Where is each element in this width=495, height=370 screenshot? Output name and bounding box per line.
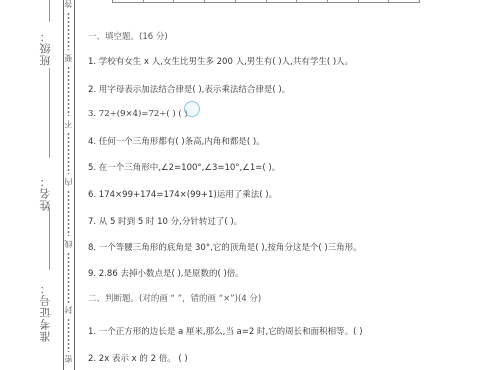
- seal-dots: [67, 190, 70, 236]
- name-label: 姓名：: [38, 175, 54, 211]
- score-table: [112, 0, 420, 3]
- score-cell: [205, 0, 236, 2]
- score-cell: [359, 0, 390, 2]
- class-line: [49, 0, 50, 22]
- section-title-fill-in: 一、填空题。(16 分): [88, 30, 168, 42]
- seal-dots: [67, 252, 70, 304]
- seal-char: 封: [64, 306, 74, 314]
- seal-line-strip: 答 要 不 内 线 封 密: [63, 0, 75, 370]
- seal-dots: [67, 66, 70, 116]
- seal-char: 不: [64, 120, 74, 128]
- question-3: 3. 72÷(9×4)=72÷( ) ( ): [88, 109, 188, 119]
- question-5: 5. 在一个三角形中,∠2=100°,∠3=10°,∠1=( )。: [88, 161, 280, 173]
- score-cell: [389, 0, 419, 2]
- score-cell: [144, 0, 175, 2]
- question-7: 7. 从 5 时到 5 时 10 分,分针转过了( )。: [88, 215, 242, 227]
- section-title-true-false: 二、判断题。(对的画 “ ”，错的画 “×”)(4 分): [88, 292, 261, 304]
- seal-char: 答: [64, 0, 74, 8]
- seal-char: 线: [64, 240, 74, 248]
- exam-id-label: 准考证号：: [38, 282, 54, 342]
- class-label: 班级：: [38, 30, 54, 66]
- score-cell: [174, 0, 205, 2]
- seal-dots: [67, 132, 70, 174]
- tf-question-1: 1. 一个正方形的边长是 a 厘米,那么,当 a=2 时,它的周长和面积相等。(…: [88, 325, 363, 337]
- score-cell: [236, 0, 267, 2]
- score-cell: [297, 0, 328, 2]
- score-cell: [113, 0, 144, 2]
- class-fill-line: [49, 68, 50, 158]
- question-4: 4. 任何一个三角形都有( )条高,内角和都是( )。: [88, 135, 265, 147]
- question-2: 2. 用字母表示加法结合律是( ),表示乘法结合律是( )。: [88, 83, 290, 95]
- seal-char: 要: [64, 54, 74, 62]
- seal-dots: [67, 12, 70, 50]
- question-9: 9. 2.86 去掉小数点是( ),是原数的( )倍。: [88, 267, 244, 279]
- seal-char: 密: [64, 355, 74, 363]
- seal-char: 内: [64, 178, 74, 186]
- tf-question-2: 2. 2x 表示 x 的 2 倍。 ( ): [88, 352, 188, 364]
- question-8: 8. 一个等腰三角形的底角是 30°,它的顶角是( ),按角分这是个( )三角形…: [88, 241, 362, 253]
- binding-margin: 班级： 姓名： 准考证号： 答 要 不 内 线 封 密: [0, 0, 70, 370]
- score-cell: [267, 0, 298, 2]
- seal-dots: [67, 318, 70, 352]
- name-fill-line: [49, 208, 50, 270]
- score-cell: [328, 0, 359, 2]
- question-6: 6. 174×99+174=174×(99+1)运用了乘法( )。: [88, 188, 277, 200]
- question-1: 1. 学校有女生 x 人,女生比男生多 200 人,男生有( )人,共有学生( …: [88, 55, 353, 67]
- cursor-indicator-icon: [184, 101, 200, 117]
